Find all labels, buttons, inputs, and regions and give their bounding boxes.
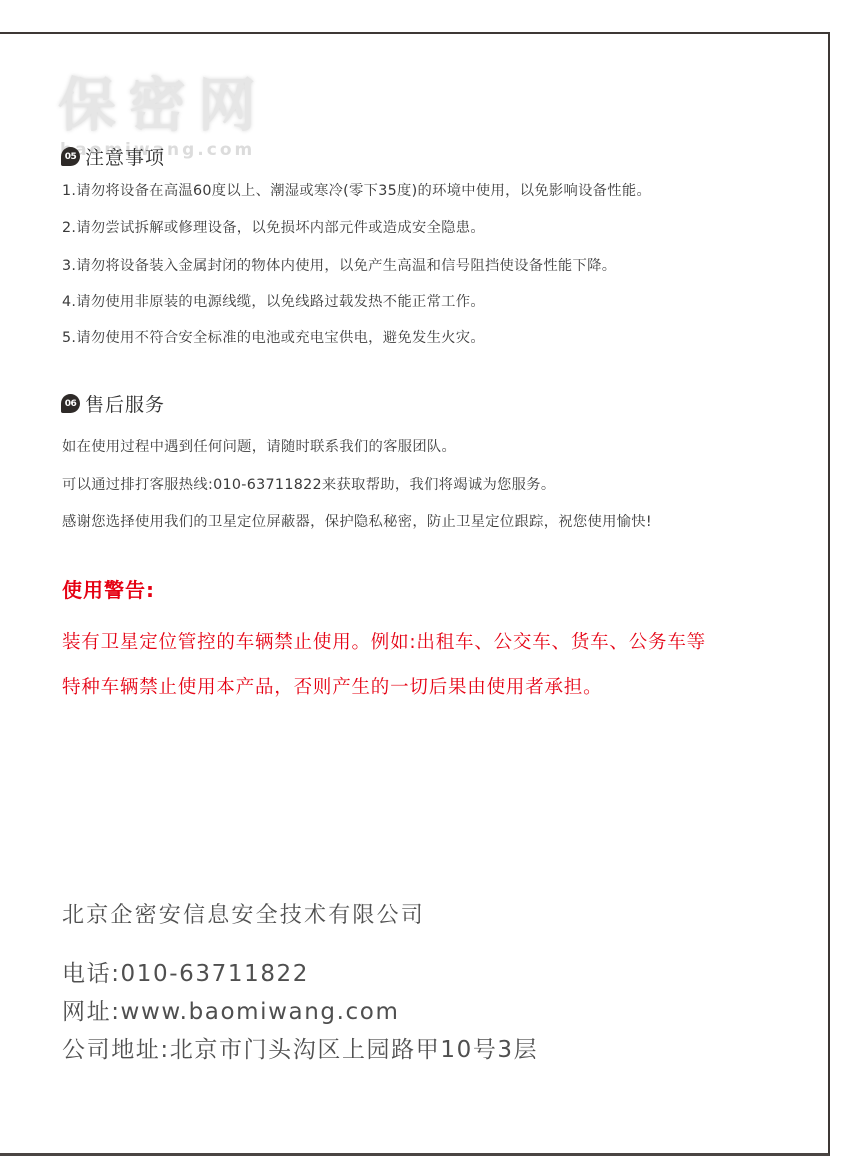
- section-number-badge-icon: 05: [61, 147, 80, 166]
- precaution-item-5: 5.请勿使用不符合安全标准的电池或充电宝供电，避免发生火灾。: [62, 327, 485, 347]
- section-title: 注意事项: [85, 143, 165, 170]
- precaution-item-3: 3.请勿将设备装入金属封闭的物体内使用，以免产生高温和信号阻挡使设备性能下降。: [62, 255, 616, 275]
- precaution-item-1: 1.请勿将设备在高温60度以上、潮湿或寒冷(零下35度)的环境中使用，以免影响设…: [62, 180, 651, 200]
- section-header-after-sales: 06 售后服务: [61, 390, 165, 417]
- section-number-badge-icon: 06: [61, 394, 80, 413]
- company-address: 公司地址:北京市门头沟区上园路甲10号3层: [62, 1031, 538, 1064]
- company-name: 北京企密安信息安全技术有限公司: [62, 898, 425, 929]
- usage-warning-title: 使用警告:: [62, 574, 155, 603]
- usage-warning-line-1: 装有卫星定位管控的车辆禁止使用。例如:出租车、公交车、货车、公务车等: [62, 628, 706, 654]
- section-title: 售后服务: [85, 390, 165, 417]
- usage-warning-line-2: 特种车辆禁止使用本产品，否则产生的一切后果由使用者承担。: [62, 673, 602, 699]
- after-sales-line-2: 可以通过排打客服热线:010-63711822来获取帮助，我们将竭诚为您服务。: [62, 474, 555, 494]
- precaution-item-2: 2.请勿尝试拆解或修理设备，以免损坏内部元件或造成安全隐患。: [62, 217, 485, 237]
- company-website: 网址:www.baomiwang.com: [62, 993, 399, 1026]
- company-phone: 电话:010-63711822: [62, 955, 309, 988]
- section-header-precautions: 05 注意事项: [61, 143, 165, 170]
- after-sales-line-1: 如在使用过程中遇到任何问题，请随时联系我们的客服团队。: [62, 436, 456, 456]
- after-sales-line-3: 感谢您选择使用我们的卫星定位屏蔽器，保护隐私秘密，防止卫星定位跟踪，祝您使用愉快…: [62, 511, 652, 531]
- precaution-item-4: 4.请勿使用非原装的电源线缆，以免线路过载发热不能正常工作。: [62, 291, 485, 311]
